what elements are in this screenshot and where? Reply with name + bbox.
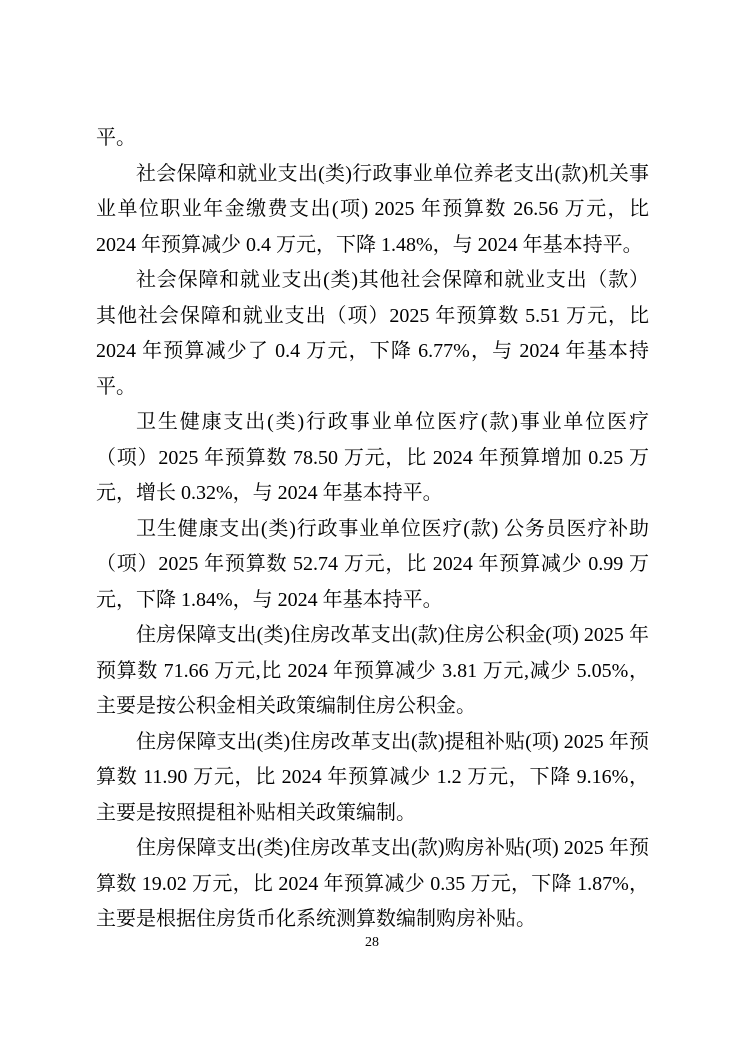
paragraph-health-institution-medical: 卫生健康支出(类)行政事业单位医疗(款)事业单位医疗（项）2025 年预算数 7… <box>96 405 649 512</box>
document-page: 平。 社会保障和就业支出(类)行政事业单位养老支出(款)机关事业单位职业年金缴费… <box>0 0 744 1052</box>
paragraph-rent-subsidy: 住房保障支出(类)住房改革支出(款)提租补贴(项) 2025 年预算数 11.9… <box>96 725 649 832</box>
paragraph-health-civil-servant-medical: 卫生健康支出(类)行政事业单位医疗(款) 公务员医疗补助（项）2025 年预算数… <box>96 512 649 619</box>
page-number: 28 <box>0 934 744 952</box>
paragraph-housing-fund: 住房保障支出(类)住房改革支出(款)住房公积金(项) 2025 年预算数 71.… <box>96 618 649 725</box>
paragraph-continuation: 平。 <box>96 121 649 157</box>
paragraph-social-security-pension: 社会保障和就业支出(类)行政事业单位养老支出(款)机关事业单位职业年金缴费支出(… <box>96 157 649 264</box>
page-body-text: 平。 社会保障和就业支出(类)行政事业单位养老支出(款)机关事业单位职业年金缴费… <box>96 121 649 938</box>
paragraph-house-purchase-subsidy: 住房保障支出(类)住房改革支出(款)购房补贴(项) 2025 年预算数 19.0… <box>96 831 649 938</box>
paragraph-social-security-other: 社会保障和就业支出(类)其他社会保障和就业支出（款）其他社会保障和就业支出（项）… <box>96 263 649 405</box>
